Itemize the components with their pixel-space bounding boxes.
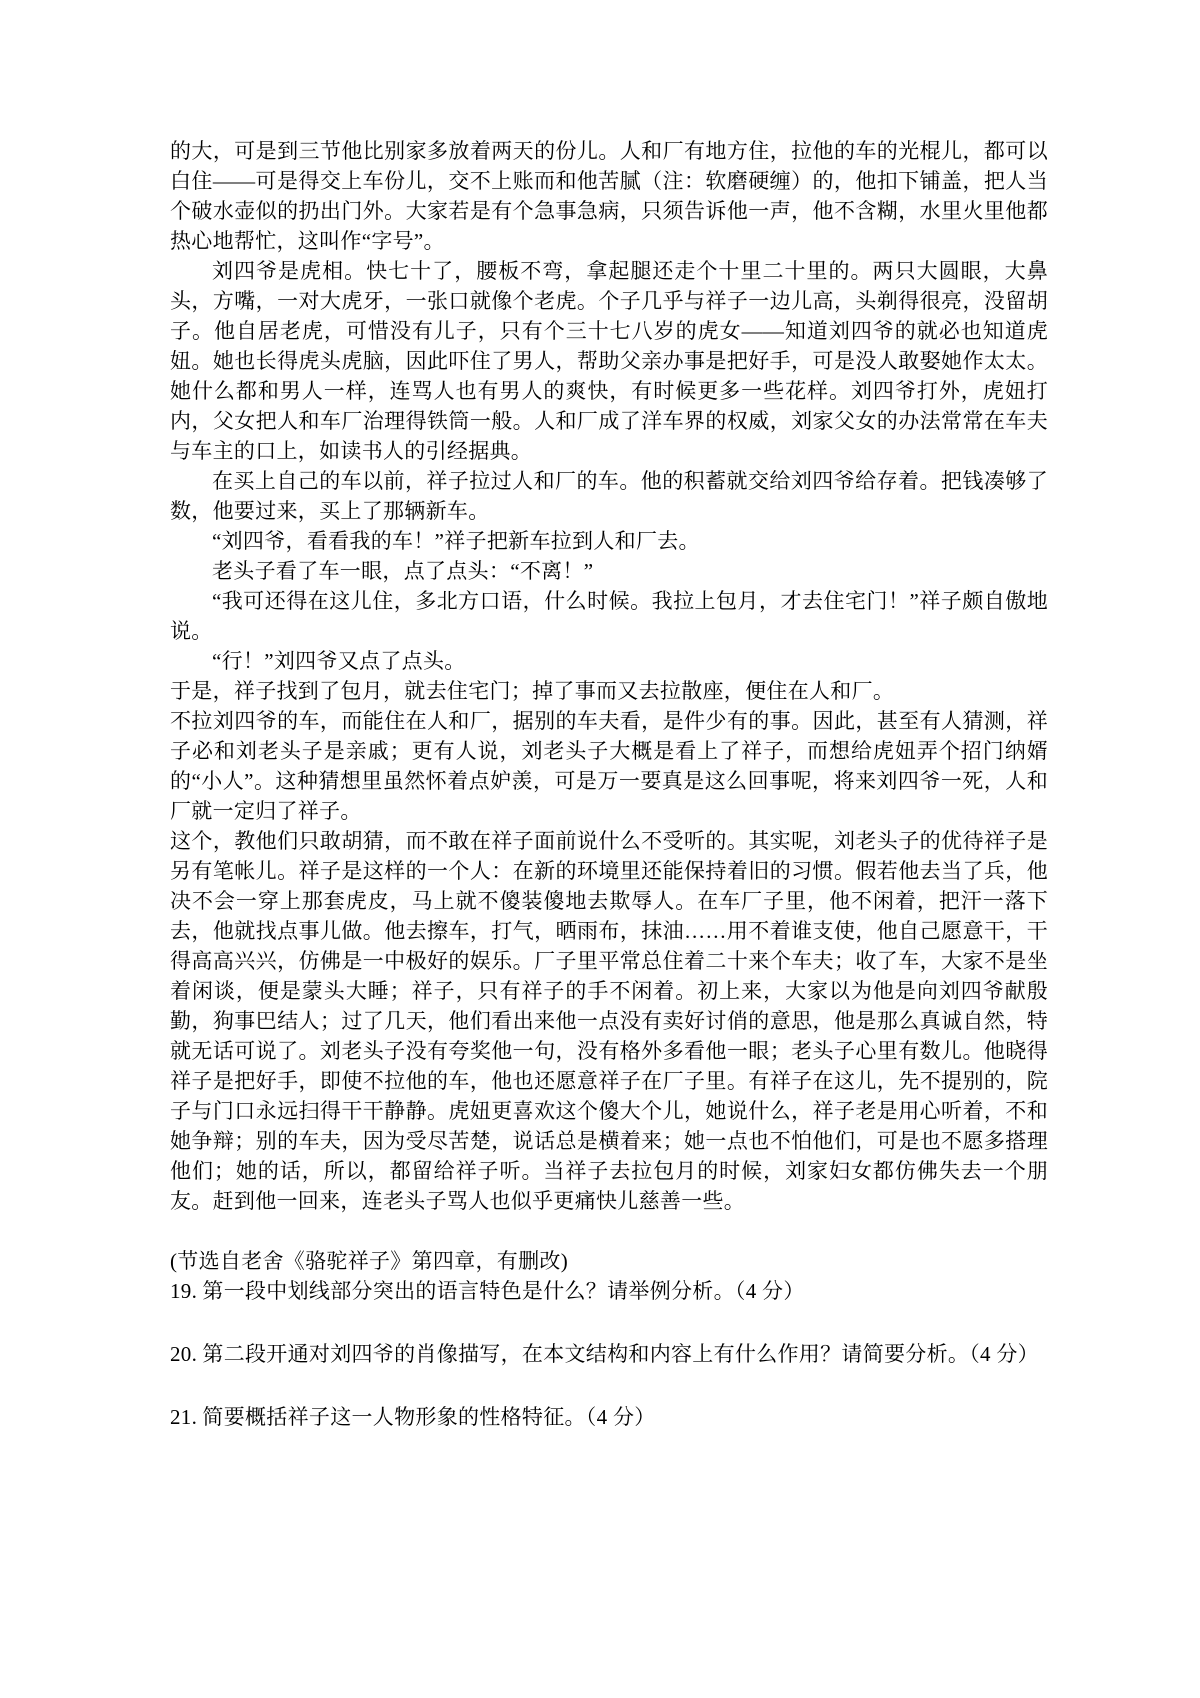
passage: 的大，可是到三节他比别家多放着两天的份儿。人和厂有地方住，拉他的车的光棍儿，都可… xyxy=(170,136,1048,1216)
question-item: 19.第一段中划线部分突出的语言特色是什么？请举例分析。（4 分） xyxy=(170,1276,1048,1306)
passage-paragraph: 刘四爷是虎相。快七十了，腰板不弯，拿起腿还走个十里二十里的。两只大圆眼，大鼻头，… xyxy=(170,256,1048,466)
passage-paragraph: 老头子看了车一眼，点了点头：“不离！” xyxy=(170,556,1048,586)
passage-paragraph: “行！”刘四爷又点了点头。 xyxy=(170,646,1048,676)
question-text: 第二段开通对刘四爷的肖像描写，在本文结构和内容上有什么作用？请简要分析。（4 分… xyxy=(202,1342,1039,1366)
question-text: 第一段中划线部分突出的语言特色是什么？请举例分析。（4 分） xyxy=(202,1279,804,1303)
passage-paragraph: 不拉刘四爷的车，而能住在人和厂，据别的车夫看，是件少有的事。因此，甚至有人猜测，… xyxy=(170,706,1048,826)
question-number: 20. xyxy=(170,1342,197,1366)
passage-paragraph: 于是，祥子找到了包月，就去住宅门；掉了事而又去拉散座，便住在人和厂。 xyxy=(170,676,1048,706)
passage-paragraph: “我可还得在这儿住，多北方口语，什么时候。我拉上包月，才去住宅门！”祥子颇自傲地… xyxy=(170,586,1048,646)
question-number: 21. xyxy=(170,1405,197,1429)
passage-paragraph: “刘四爷，看看我的车！”祥子把新车拉到人和厂去。 xyxy=(170,526,1048,556)
source-attribution: (节选自老舍《骆驼祥子》第四章，有删改) xyxy=(170,1246,1048,1276)
questions-section: 19.第一段中划线部分突出的语言特色是什么？请举例分析。（4 分）20.第二段开… xyxy=(170,1276,1048,1432)
document-content: 的大，可是到三节他比别家多放着两天的份儿。人和厂有地方住，拉他的车的光棍儿，都可… xyxy=(170,136,1048,1432)
question-item: 20.第二段开通对刘四爷的肖像描写，在本文结构和内容上有什么作用？请简要分析。（… xyxy=(170,1339,1048,1369)
passage-paragraph: 这个，教他们只敢胡猜，而不敢在祥子面前说什么不受听的。其实呢，刘老头子的优待祥子… xyxy=(170,826,1048,1216)
question-item: 21.简要概括祥子这一人物形象的性格特征。（4 分） xyxy=(170,1402,1048,1432)
document-page: 的大，可是到三节他比别家多放着两天的份儿。人和厂有地方住，拉他的车的光棍儿，都可… xyxy=(0,0,1200,1698)
question-text: 简要概括祥子这一人物形象的性格特征。（4 分） xyxy=(202,1405,655,1429)
question-number: 19. xyxy=(170,1279,197,1303)
passage-paragraph: 在买上自己的车以前，祥子拉过人和厂的车。他的积蓄就交给刘四爷给存着。把钱凑够了数… xyxy=(170,466,1048,526)
passage-paragraph: 的大，可是到三节他比别家多放着两天的份儿。人和厂有地方住，拉他的车的光棍儿，都可… xyxy=(170,136,1048,256)
